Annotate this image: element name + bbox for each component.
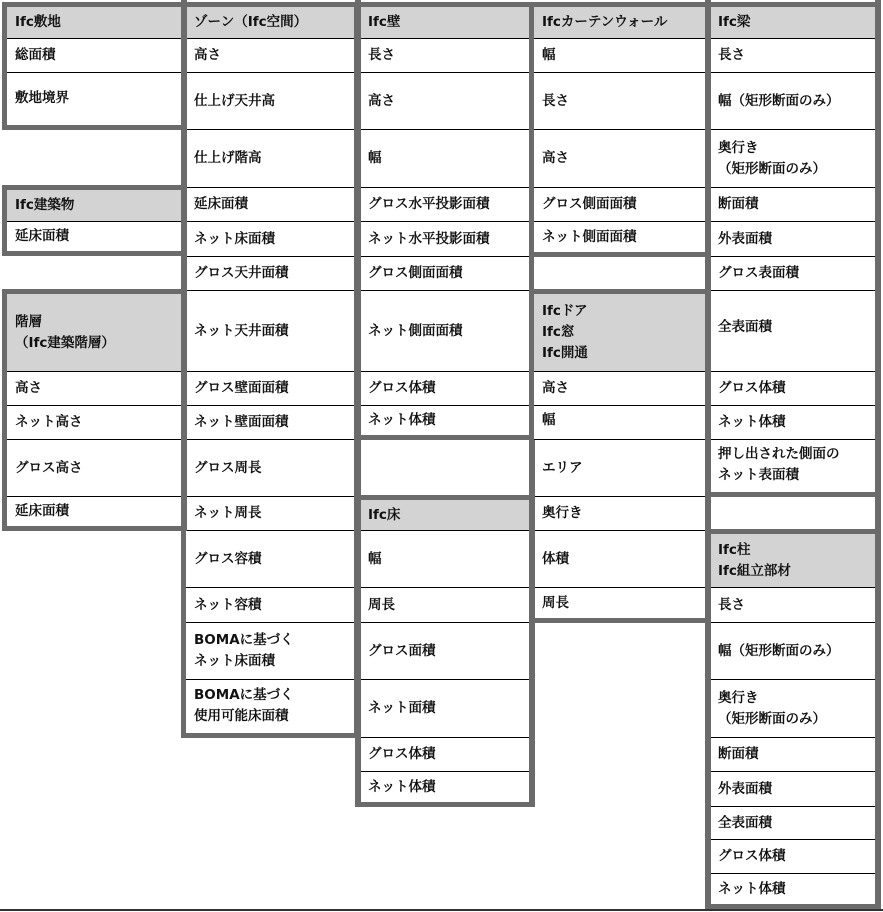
list-item: ネット容積 [186,588,354,622]
list-item: 全表面積 [710,807,876,839]
list-item: 延床面積 [7,222,181,251]
list-item: 幅 [360,531,529,587]
column-separator [181,0,187,531]
list-item: 幅 [534,406,705,439]
list-item: 延床面積 [186,188,354,221]
list-item: グロス側面面積 [360,257,529,290]
section-header-building: Ifc建築物 [7,190,181,221]
list-item: ネット天井面積 [186,291,354,371]
column-separator [355,0,361,807]
column-separator [875,0,881,909]
list-item: グロス体積 [360,372,529,405]
list-item: ネット床面積 [186,222,354,256]
list-item: グロス水平投影面積 [360,188,529,221]
list-item: 体積 [534,531,705,587]
list-item: グロス天井面積 [186,257,354,290]
list-item: 延床面積 [7,497,181,526]
section-header-wall: Ifc壁 [360,7,529,38]
list-item: 仕上げ階高 [186,130,354,187]
list-item: グロス面積 [360,623,529,679]
list-item: 外表面積 [710,772,876,806]
section-header-column-member: Ifc柱 Ifc組立部材 [710,534,876,587]
list-item: 奥行き （矩形断面のみ） [710,130,876,187]
list-item: ネット体積 [710,406,876,439]
list-item: エリア [534,440,705,496]
list-item: 断面積 [710,188,876,221]
list-item: 高さ [534,130,705,187]
list-item: グロス高さ [7,440,181,496]
list-item: ネット水平投影面積 [360,222,529,256]
list-item: 長さ [710,39,876,72]
list-item: グロス表面積 [710,257,876,290]
column-separator [705,0,711,909]
list-item: ネット壁面面積 [186,406,354,439]
list-item: ネット側面面積 [534,222,705,252]
list-item: 総面積 [7,39,181,72]
list-item: 断面積 [710,738,876,771]
list-item: 周長 [360,588,529,622]
list-item: 高さ [7,372,181,405]
list-item: ネット体積 [710,874,876,904]
list-item: ネット周長 [186,497,354,530]
section-header-curtain-wall: Ifcカーテンウォール [534,7,705,38]
section-header-site: Ifc敷地 [7,7,181,38]
list-item: 外表面積 [710,222,876,256]
list-item: 奥行き [534,497,705,530]
list-item: グロス体積 [360,738,529,771]
list-item: 長さ [360,39,529,72]
section-header-slab: Ifc床 [360,500,529,530]
list-item: 幅（矩形断面のみ） [710,73,876,129]
list-item: グロス容積 [186,531,354,587]
list-item: BOMAに基づく ネット床面積 [186,623,354,679]
list-item: 全表面積 [710,291,876,371]
list-item: ネット体積 [360,772,529,802]
list-item: 敷地境界 [7,73,181,125]
list-item: BOMAに基づく 使用可能床面積 [186,680,354,732]
list-item: 長さ [710,588,876,622]
list-item: ネット側面面積 [360,291,529,371]
list-item: ネット体積 [360,406,529,435]
list-item: 長さ [534,73,705,129]
list-item: 幅（矩形断面のみ） [710,623,876,679]
list-item: 幅 [534,39,705,72]
bottom-rule [0,909,883,911]
list-item: グロス体積 [710,372,876,405]
list-item: グロス周長 [186,440,354,496]
section-header-zone: ゾーン（Ifc空間） [186,7,354,38]
list-item: 押し出された側面の ネット表面積 [710,440,876,492]
list-item: 高さ [534,372,705,405]
list-item: グロス壁面面積 [186,372,354,405]
section-header-beam: Ifc梁 [710,7,876,38]
list-item: 仕上げ天井高 [186,73,354,129]
section-header-storey: 階層 （Ifc建築階層） [7,294,181,371]
list-item: グロス体積 [710,840,876,873]
list-item: 高さ [186,39,354,72]
list-item: 奥行き （矩形断面のみ） [710,680,876,737]
list-item: グロス側面面積 [534,188,705,221]
column-separator [529,440,535,807]
list-item: 幅 [360,130,529,187]
section-header-door-window-opening: Ifcドア Ifc窓 Ifc開通 [534,294,705,371]
list-item: ネット高さ [7,406,181,439]
list-item: 周長 [534,588,705,618]
list-item: 高さ [360,73,529,129]
list-item: ネット面積 [360,680,529,737]
